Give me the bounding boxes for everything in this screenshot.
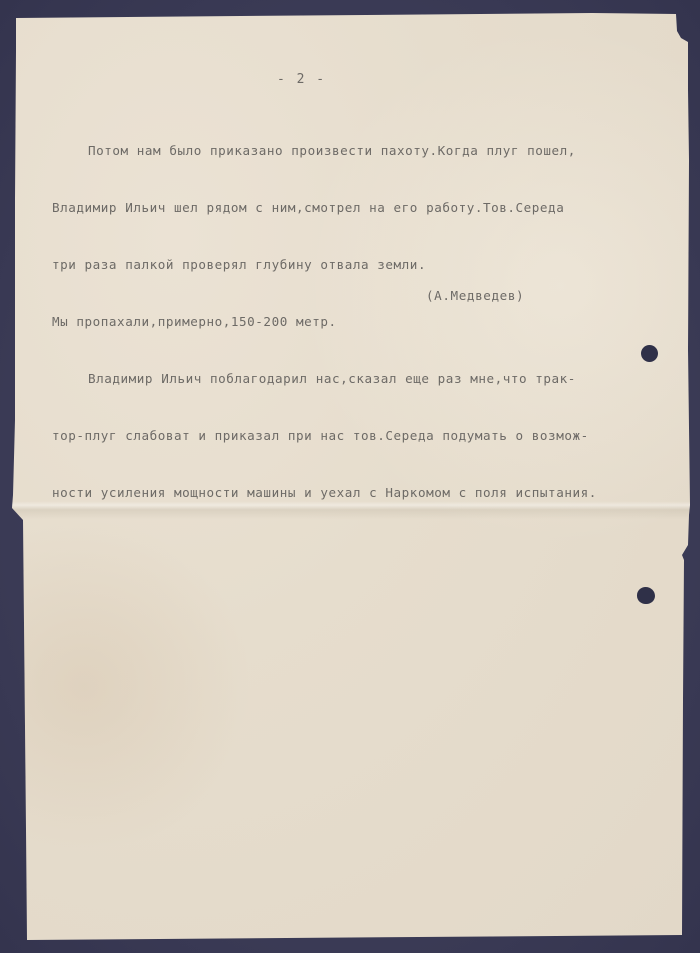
text-line: три раза палкой проверял глубину отвала … [52, 255, 597, 274]
page-number: - 2 - [277, 72, 326, 87]
text-line: ности усиления мощности машины и уехал с… [52, 483, 597, 502]
text-line: Потом нам было приказано произвести пахо… [52, 141, 597, 160]
typewritten-page: - 2 - Потом нам было приказано произвест… [0, 0, 700, 953]
body-text: Потом нам было приказано произвести пахо… [52, 103, 597, 540]
punch-hole-top [641, 345, 658, 362]
punch-hole-bottom [637, 587, 655, 604]
signature: (А.Медведев) [426, 286, 524, 305]
text-line: Владимир Ильич поблагодарил нас,сказал е… [52, 369, 597, 388]
text-line: Мы пропахали,примерно,150-200 метр. [52, 312, 597, 331]
text-line: тор-плуг слабоват и приказал при нас тов… [52, 426, 597, 445]
text-line: Владимир Ильич шел рядом с ним,смотрел н… [52, 198, 597, 217]
